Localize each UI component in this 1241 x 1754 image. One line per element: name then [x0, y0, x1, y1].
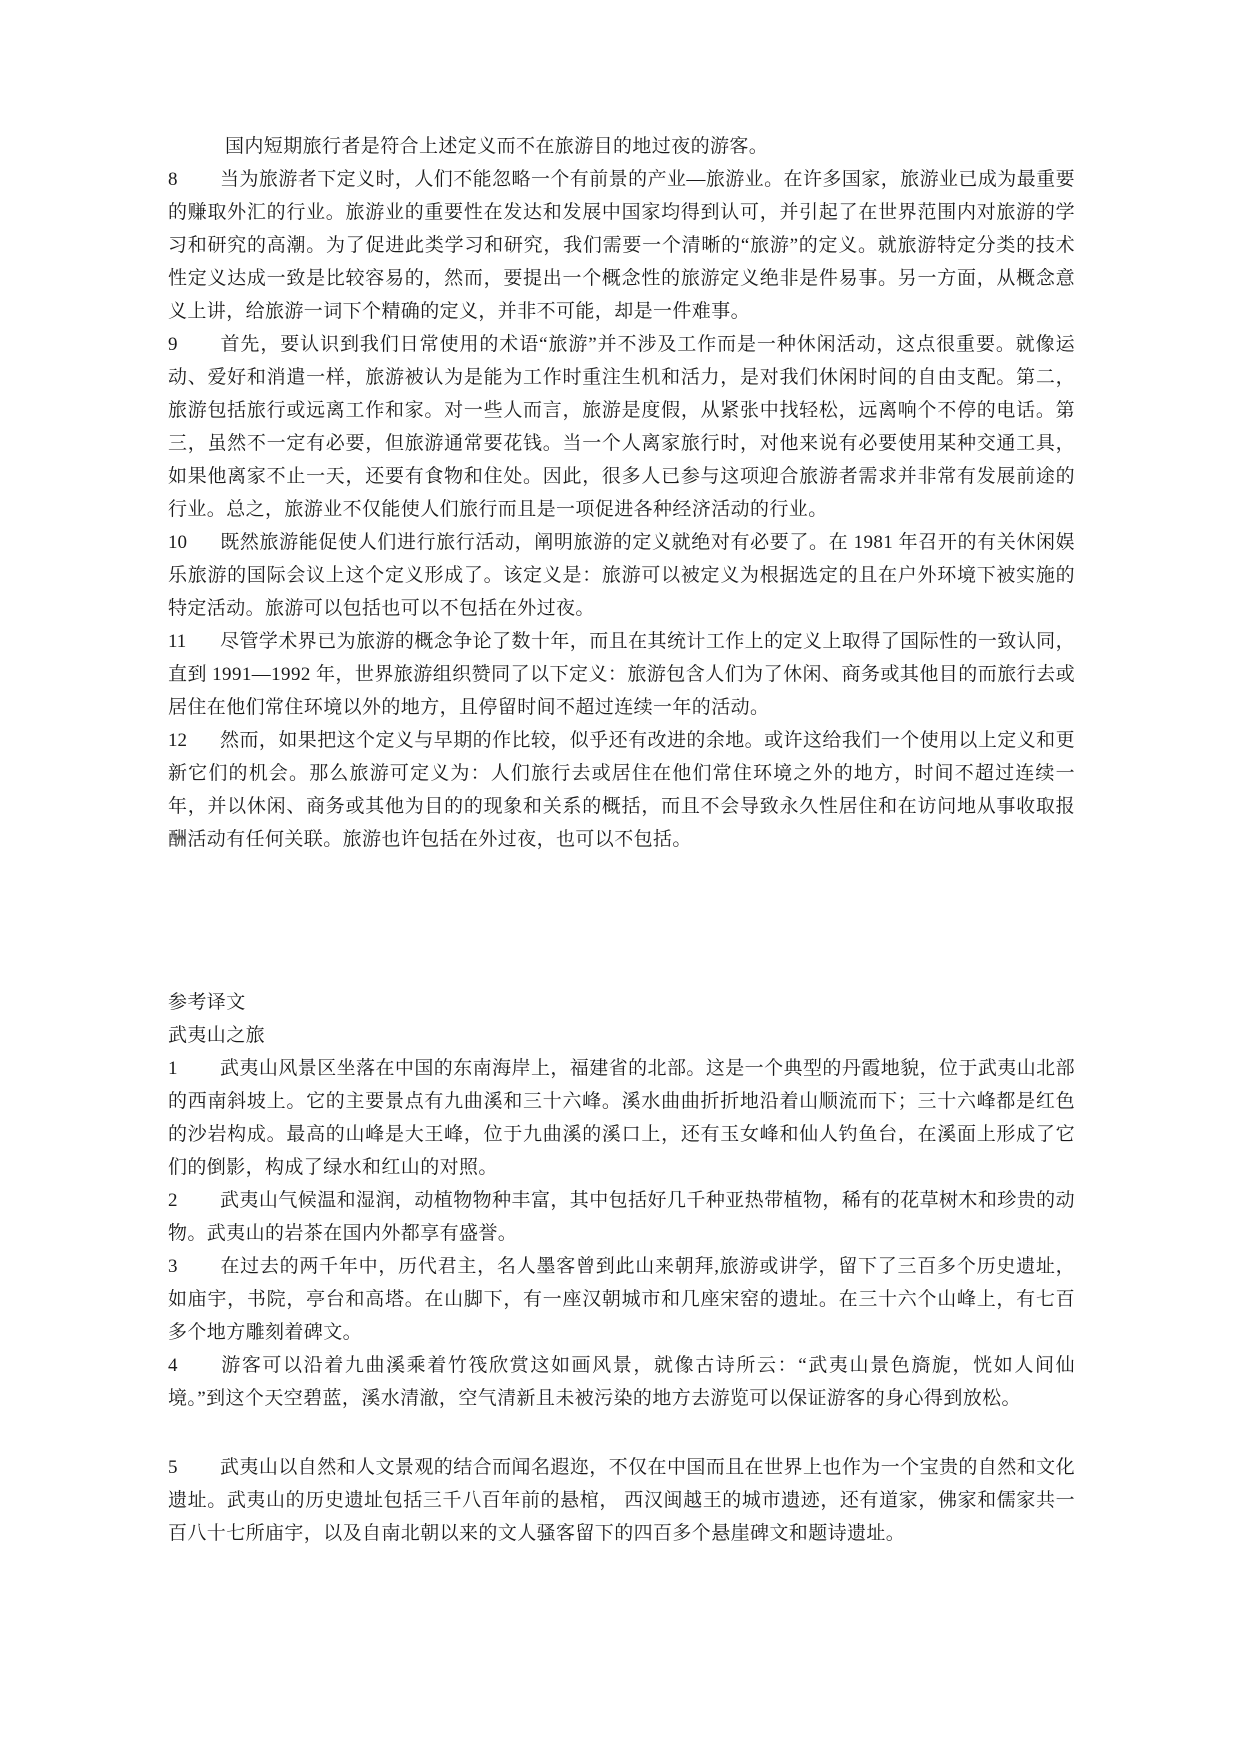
paragraph-number: 9: [168, 328, 220, 361]
paragraph-text: 游客可以沿着九曲溪乘着竹筏欣赏这如画风景，就像古诗所云：“武夷山景色旖旎，恍如人…: [168, 1355, 1075, 1409]
paragraph-text: 武夷山风景区坐落在中国的东南海岸上，福建省的北部。这是一个典型的丹霞地貌，位于武…: [168, 1058, 1075, 1178]
paragraph-number: 11: [168, 625, 220, 658]
numbered-paragraph: 5武夷山以自然和人文景观的结合而闻名遐迩，不仅在中国而且在世界上也作为一个宝贵的…: [168, 1451, 1075, 1550]
paragraph-number: 8: [168, 163, 220, 196]
paragraph-number: 3: [168, 1250, 220, 1283]
paragraph-number: 12: [168, 724, 220, 757]
paragraph-number: 1: [168, 1052, 220, 1085]
paragraph-number: 4: [168, 1349, 220, 1382]
paragraph-number: 10: [168, 526, 220, 559]
section-label-text: 参考译文: [168, 992, 246, 1013]
document-page: 国内短期旅行者是符合上述定义而不在旅游目的地过夜的游客。 8当为旅游者下定义时，…: [0, 0, 1241, 1754]
numbered-paragraph: 8当为旅游者下定义时，人们不能忽略一个有前景的产业—旅游业。在许多国家，旅游业已…: [168, 163, 1075, 328]
numbered-paragraph: 2武夷山气候温和湿润，动植物物种丰富，其中包括好几千种亚热带植物，稀有的花草树木…: [168, 1184, 1075, 1250]
article-title-text: 武夷山之旅: [168, 1025, 265, 1046]
paragraph-text: 国内短期旅行者是符合上述定义而不在旅游目的地过夜的游客。: [225, 136, 768, 157]
numbered-paragraph: 4游客可以沿着九曲溪乘着竹筏欣赏这如画风景，就像古诗所云：“武夷山景色旖旎，恍如…: [168, 1349, 1075, 1415]
translation-section: 参考译文 武夷山之旅 1武夷山风景区坐落在中国的东南海岸上，福建省的北部。这是一…: [168, 986, 1075, 1550]
numbered-paragraph: 10既然旅游能促使人们进行旅行活动，阐明旅游的定义就绝对有必要了。在 1981 …: [168, 526, 1075, 625]
numbered-paragraph: 3在过去的两千年中，历代君主，名人墨客曾到此山来朝拜,旅游或讲学，留下了三百多个…: [168, 1250, 1075, 1349]
paragraph-text: 在过去的两千年中，历代君主，名人墨客曾到此山来朝拜,旅游或讲学，留下了三百多个历…: [168, 1256, 1075, 1343]
paragraph-number: 5: [168, 1451, 220, 1484]
numbered-paragraph: 12然而，如果把这个定义与早期的作比较，似乎还有改进的余地。或许这给我们一个使用…: [168, 724, 1075, 856]
paragraph-number: 2: [168, 1184, 220, 1217]
article-title: 武夷山之旅: [168, 1019, 1075, 1052]
paragraph-text: 然而，如果把这个定义与早期的作比较，似乎还有改进的余地。或许这给我们一个使用以上…: [168, 730, 1075, 850]
numbered-paragraph: 11尽管学术界已为旅游的概念争论了数十年，而且在其统计工作上的定义上取得了国际性…: [168, 625, 1075, 724]
numbered-paragraph: 9首先，要认识到我们日常使用的术语“旅游”并不涉及工作而是一种休闲活动，这点很重…: [168, 328, 1075, 526]
paragraph-text: 尽管学术界已为旅游的概念争论了数十年，而且在其统计工作上的定义上取得了国际性的一…: [168, 631, 1075, 718]
lead-paragraph: 国内短期旅行者是符合上述定义而不在旅游目的地过夜的游客。: [168, 130, 1075, 163]
paragraph-text: 武夷山气候温和湿润，动植物物种丰富，其中包括好几千种亚热带植物，稀有的花草树木和…: [168, 1190, 1075, 1244]
section-label: 参考译文: [168, 986, 1075, 1019]
paragraph-text: 武夷山以自然和人文景观的结合而闻名遐迩，不仅在中国而且在世界上也作为一个宝贵的自…: [168, 1457, 1075, 1544]
numbered-paragraph: 1武夷山风景区坐落在中国的东南海岸上，福建省的北部。这是一个典型的丹霞地貌，位于…: [168, 1052, 1075, 1184]
paragraph-text: 当为旅游者下定义时，人们不能忽略一个有前景的产业—旅游业。在许多国家，旅游业已成…: [168, 169, 1075, 322]
paragraph-text: 既然旅游能促使人们进行旅行活动，阐明旅游的定义就绝对有必要了。在 1981 年召…: [168, 532, 1075, 619]
paragraph-text: 首先，要认识到我们日常使用的术语“旅游”并不涉及工作而是一种休闲活动，这点很重要…: [168, 334, 1075, 520]
